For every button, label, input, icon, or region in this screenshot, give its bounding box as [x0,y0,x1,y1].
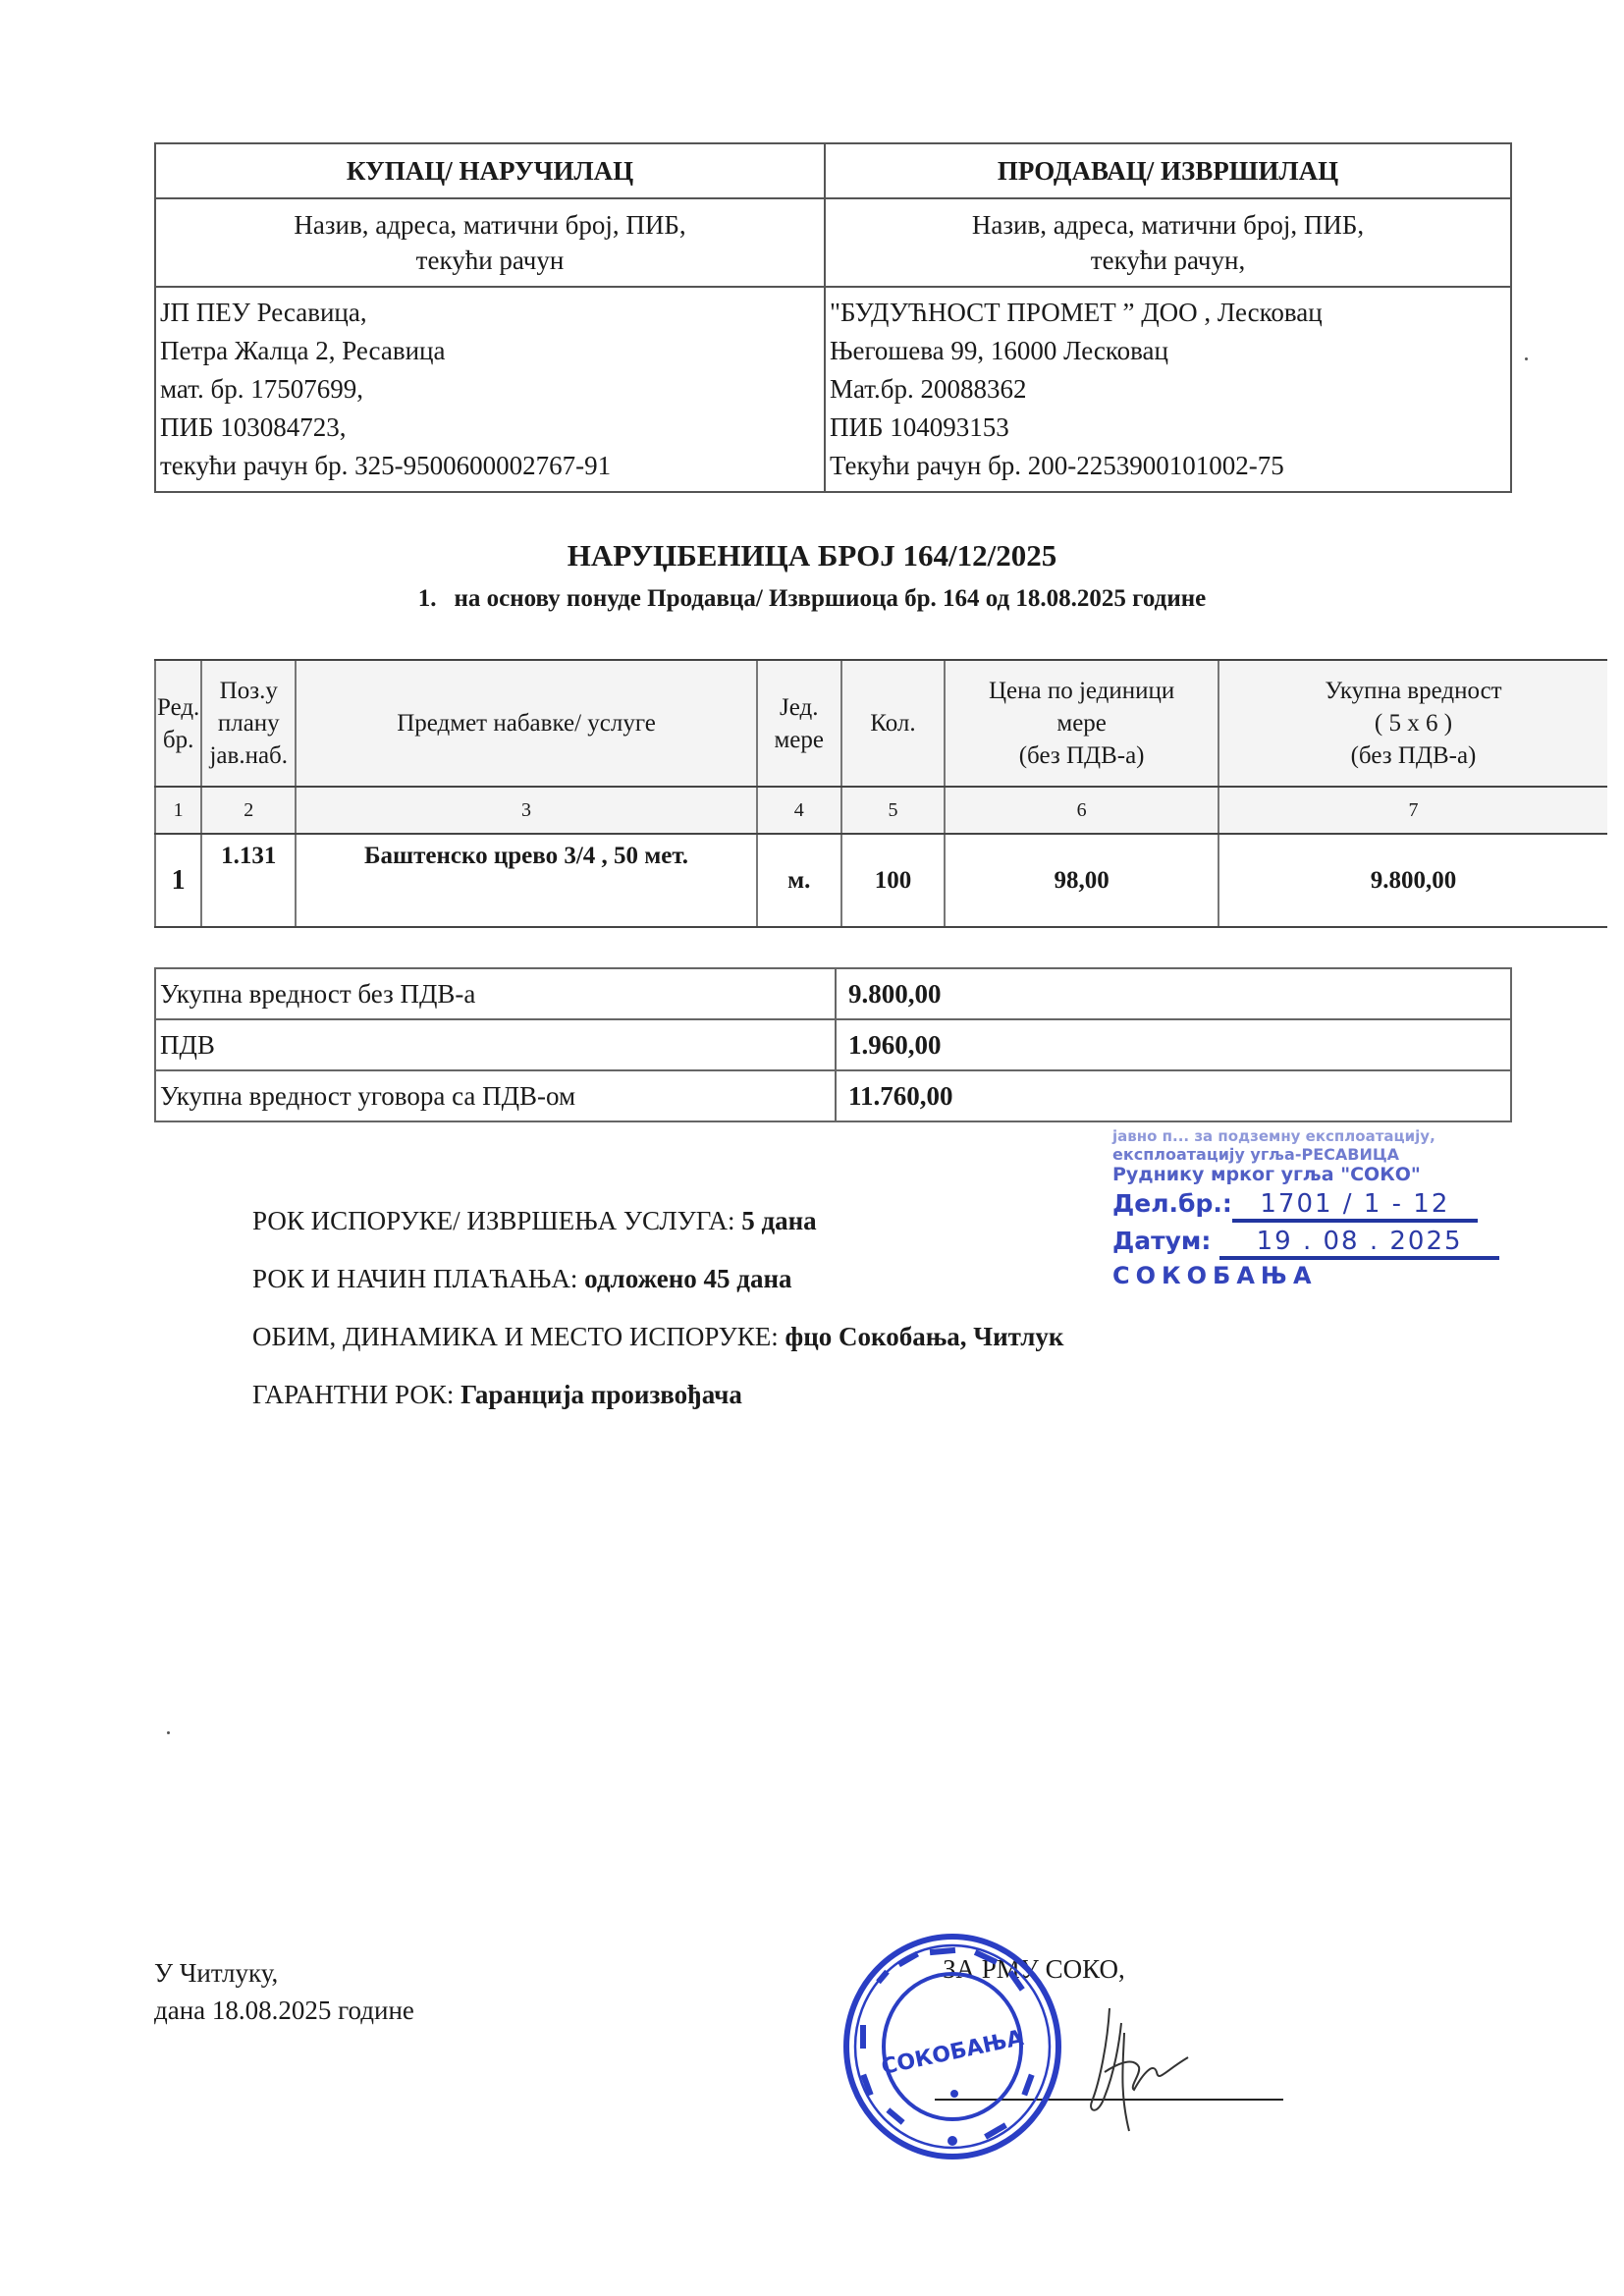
header-quantity: Кол. [841,660,946,787]
seller-tax-id: ПИБ 104093153 [830,409,1506,447]
column-number: 5 [841,787,946,834]
header-unit-price: Цена по јединицимере(без ПДВ-а) [945,660,1218,787]
term-scope: ОБИМ, ДИНАМИКА И МЕСТО ИСПОРУКЕ: фцо Сок… [252,1322,1063,1352]
buyer-header: КУПАЦ/ НАРУЧИЛАЦ [155,143,825,198]
round-stamp-text: СОКОБАЊА [880,2026,1026,2080]
column-numbers-row: 1 2 3 4 5 6 7 [155,787,1607,834]
column-number: 6 [945,787,1218,834]
row-description: Баштенско црево 3/4 , 50 мет. [296,834,757,927]
seller-address: Његошева 99, 16000 Лесковац [830,332,1506,370]
column-number: 4 [757,787,841,834]
column-number: 7 [1218,787,1607,834]
total-value: 9.800,00 [836,968,1511,1019]
buyer-address: Петра Жалца 2, Ресавица [160,332,820,370]
row-total: 9.800,00 [1218,834,1607,927]
row-quantity: 100 [841,834,946,927]
total-row-vat: ПДВ 1.960,00 [155,1019,1511,1070]
parties-table: КУПАЦ/ НАРУЧИЛАЦ ПРОДАВАЦ/ ИЗВРШИЛАЦ Наз… [154,142,1512,493]
row-unit-price: 98,00 [945,834,1218,927]
buyer-tax-id: ПИБ 103084723, [160,409,820,447]
row-plan-position: 1.131 [201,834,296,927]
stamp-ref-value: 1701 / 1 - 12 [1232,1189,1478,1223]
stamp-line: експлоатацију угља-РЕСАВИЦА [1112,1145,1499,1164]
term-payment: РОК И НАЧИН ПЛАЋАЊА: одложено 45 дана [252,1264,792,1294]
term-delivery: РОК ИСПОРУКЕ/ ИЗВРШЕЊА УСЛУГА: 5 дана [252,1206,817,1236]
total-row-net: Укупна вредност без ПДВ-а 9.800,00 [155,968,1511,1019]
stamp-city: СОКОБАЊА [1112,1262,1499,1289]
total-label: ПДВ [155,1019,836,1070]
seller-subheader: Назив, адреса, матични број, ПИБ, текући… [825,198,1511,287]
row-number: 1 [155,834,201,927]
date: дана 18.08.2025 године [154,1992,414,2029]
seller-subheader-line: Назив, адреса, матични број, ПИБ, [827,207,1509,243]
items-table: Ред.бр. Поз.упланујав.наб. Предмет набав… [154,659,1607,928]
subtitle-text: на основу понуде Продавца/ Извршиоца бр.… [455,585,1207,612]
table-row: 1 1.131 Баштенско црево 3/4 , 50 мет. м.… [155,834,1607,927]
buyer-subheader: Назив, адреса, матични број, ПИБ, текући… [155,198,825,287]
totals-table: Укупна вредност без ПДВ-а 9.800,00 ПДВ 1… [154,967,1512,1122]
order-title: НАРУЏБЕНИЦА БРОЈ 164/12/2025 [0,538,1624,574]
total-value: 1.960,00 [836,1019,1511,1070]
buyer-bank-account: текући рачун бр. 325-9500600002767-91 [160,447,820,485]
stamp-ref: Дел.бр.:1701 / 1 - 12 [1112,1189,1499,1223]
items-header-row: Ред.бр. Поз.упланујав.наб. Предмет набав… [155,660,1607,787]
header-row-number: Ред.бр. [155,660,201,787]
total-row-gross: Укупна вредност уговора са ПДВ-ом 11.760… [155,1070,1511,1121]
stamp-date-value: 19 . 08 . 2025 [1219,1227,1499,1260]
seller-header: ПРОДАВАЦ/ ИЗВРШИЛАЦ [825,143,1511,198]
header-total: Укупна вредност( 5 x 6 )(без ПДВ-а) [1218,660,1607,787]
buyer-reg-number: мат. бр. 17507699, [160,370,820,409]
signature-icon [1080,2003,1198,2136]
stamp-line: Руднику мрког угља "СОКО" [1112,1164,1499,1185]
stamp-line: јавно п... за подземну експлоатацију, [1112,1127,1499,1145]
received-stamp: јавно п... за подземну експлоатацију, ек… [1112,1127,1499,1289]
term-warranty: ГАРАНТНИ РОК: Гаранција произвођача [252,1380,742,1410]
seller-bank-account: Текући рачун бр. 200-2253900101002-75 [830,447,1506,485]
subtitle-number: 1. [418,585,437,612]
place: У Читлуку, [154,1954,414,1992]
buyer-subheader-line: текући рачун [157,243,823,278]
total-value: 11.760,00 [836,1070,1511,1121]
header-description: Предмет набавке/ услуге [296,660,757,787]
column-number: 2 [201,787,296,834]
total-label: Укупна вредност уговора са ПДВ-ом [155,1070,836,1121]
seller-subheader-line: текући рачун, [827,243,1509,278]
total-label: Укупна вредност без ПДВ-а [155,968,836,1019]
order-subtitle: 1.на основу понуде Продавца/ Извршиоца б… [0,585,1624,613]
seller-name: "БУДУЋНОСТ ПРОМЕТ ” ДОО , Лесковац [830,294,1506,332]
row-unit: м. [757,834,841,927]
buyer-info: ЈП ПЕУ Ресавица, Петра Жалца 2, Ресавица… [155,287,825,492]
buyer-name: ЈП ПЕУ Ресавица, [160,294,820,332]
seller-reg-number: Мат.бр. 20088362 [830,370,1506,409]
header-plan-position: Поз.упланујав.наб. [201,660,296,787]
place-date: У Читлуку, дана 18.08.2025 године [154,1954,414,2029]
stamp-date: Датум: 19 . 08 . 2025 [1112,1227,1499,1260]
scan-dot [1525,357,1528,360]
seller-info: "БУДУЋНОСТ ПРОМЕТ ” ДОО , Лесковац Његош… [825,287,1511,492]
scan-dot [167,1731,170,1734]
header-unit: Јед.мере [757,660,841,787]
buyer-subheader-line: Назив, адреса, матични број, ПИБ, [157,207,823,243]
column-number: 1 [155,787,201,834]
column-number: 3 [296,787,757,834]
round-stamp-icon: СОКОБАЊА [837,1927,1072,2162]
